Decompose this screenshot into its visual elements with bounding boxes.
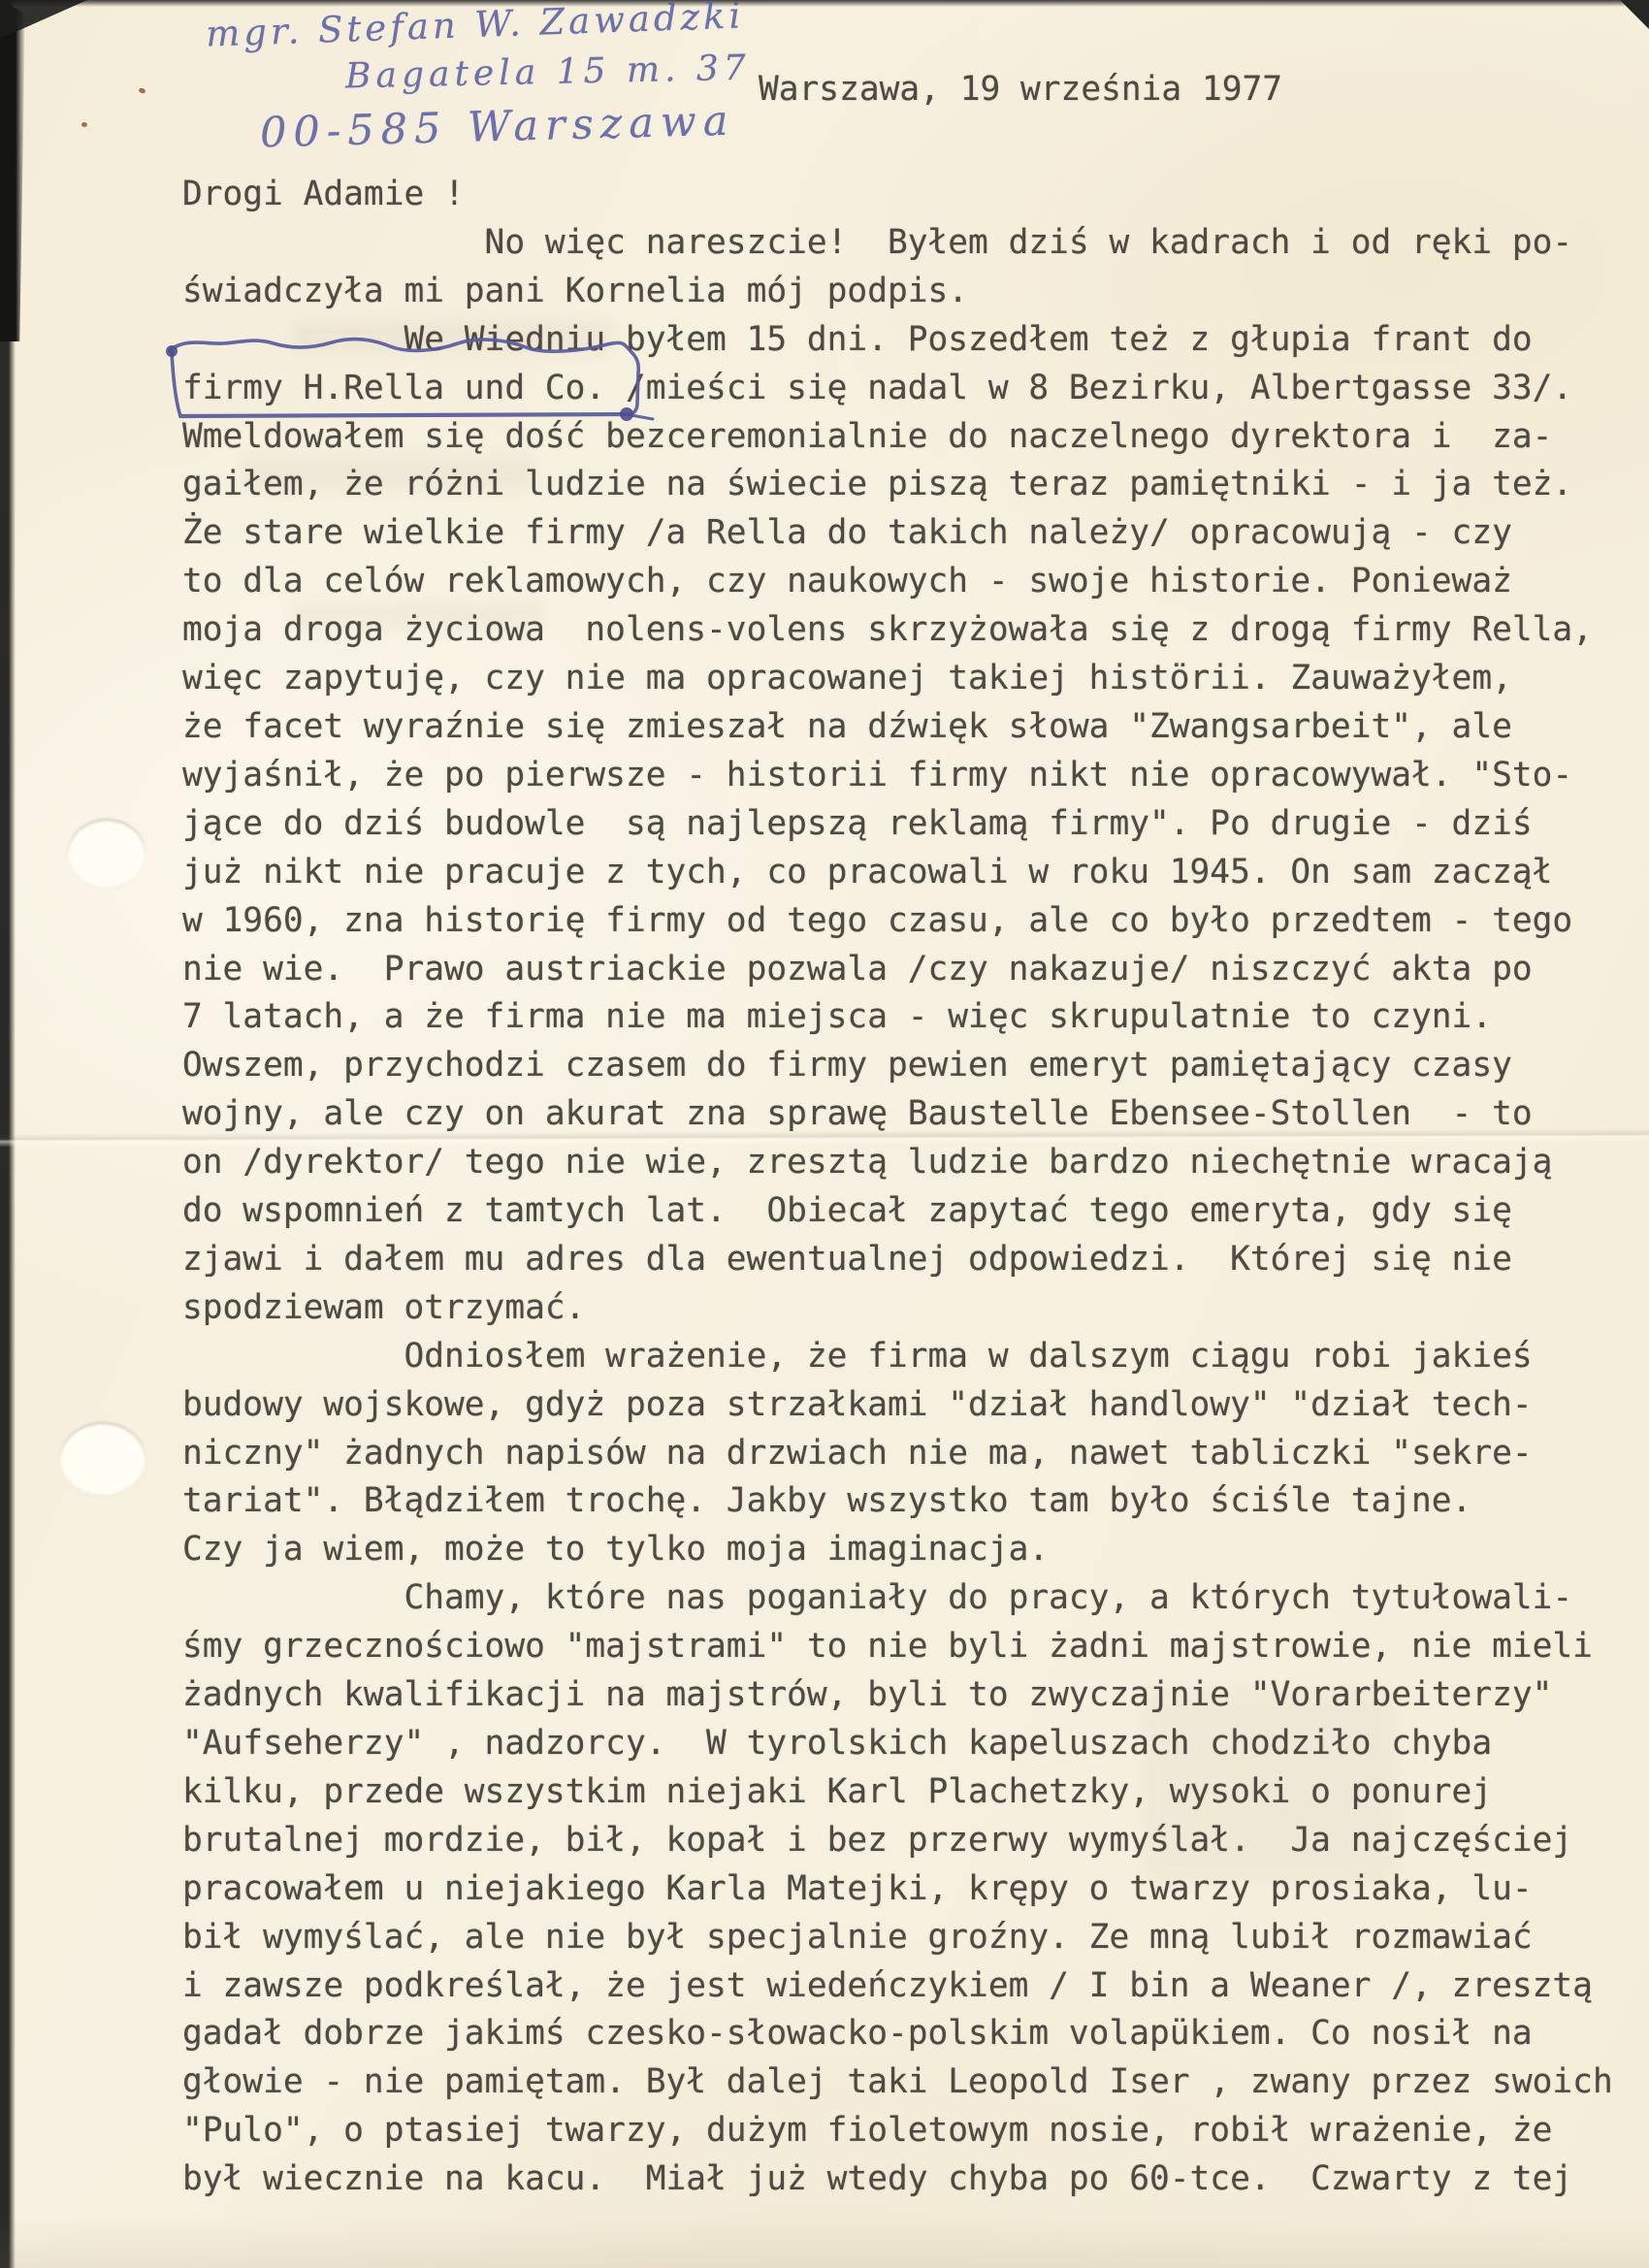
letter-line: Chamy, które nas poganiały do pracy, a k… [182, 1574, 1613, 1623]
dateline: Warszawa, 19 września 1977 [759, 66, 1282, 114]
letter-line: on /dyrektor/ tego nie wie, zresztą ludz… [182, 1139, 1613, 1187]
letter-line: wojny, ale czy on akurat zna sprawę Baus… [182, 1090, 1613, 1139]
bottom-scan-shade [0, 2218, 1649, 2268]
worn-corner-top-right [1484, 0, 1649, 126]
hole-punch-impression [60, 1422, 145, 1496]
letter-line: niczny" żadnych napisów na drzwiach nie … [182, 1430, 1613, 1478]
letter-line: moja droga życiowa nolens-volens skrzyżo… [182, 606, 1613, 655]
letter-line: nie wie. Prawo austriackie pozwala /czy … [182, 946, 1613, 994]
letter-line: śmy grzecznościowo "majstrami" to nie by… [182, 1623, 1613, 1671]
letter-line: kilku, przede wszystkim niejaki Karl Pla… [182, 1768, 1613, 1817]
letter-line: zjawi i dałem mu adres dla ewentualnej o… [182, 1236, 1613, 1284]
letter-line: Drogi Adamie ! [182, 171, 1613, 219]
letter-line: bił wymyślać, ale nie był specjalnie gro… [182, 1914, 1613, 1962]
hole-punch-impression [68, 819, 145, 889]
pen-box-annotation [145, 320, 689, 437]
letter-line: świadczyła mi pani Kornelia mój podpis. [182, 268, 1613, 316]
dark-corner-top-left [0, 0, 87, 39]
rust-speck [81, 122, 87, 127]
letter-line: Owszem, przychodzi czasem do firmy pewie… [182, 1042, 1613, 1090]
letter-line: "Aufseherzy" , nadzorcy. W tyrolskich ka… [182, 1720, 1613, 1768]
rust-speck [138, 87, 145, 94]
letter-line: 7 latach, a że firma nie ma miejsca - wi… [182, 993, 1613, 1042]
letter-line: gadał dobrze jakimś czesko-słowacko-pols… [182, 2010, 1613, 2058]
letter-line: że facet wyraźnie się zmieszał na dźwięk… [182, 703, 1613, 752]
letter-line: spodziewam otrzymać. [182, 1284, 1613, 1333]
letter-line: i zawsze podkreślał, że jest wiedeńczyki… [182, 1962, 1613, 2011]
scan-edge-left-top [0, 0, 25, 341]
letter-line: Że stare wielkie firmy /a Rella do takic… [182, 509, 1613, 558]
letter-line: więc zapytuję, czy nie ma opracowanej ta… [182, 655, 1613, 703]
letter-line: "Pulo", o ptasiej twarzy, dużym fioletow… [182, 2107, 1613, 2155]
letter-line: pracowałem u niejakiego Karla Matejki, k… [182, 1865, 1613, 1914]
letter-line: No więc nareszcie! Byłem dziś w kadrach … [182, 219, 1613, 268]
letter-line: żadnych kwalifikacji na majstrów, byli t… [182, 1671, 1613, 1720]
letter-line: Czy ja wiem, może to tylko moja imaginac… [182, 1526, 1613, 1574]
handwritten-sender-name: mgr. Stefan W. Zawadzki [205, 0, 745, 55]
scan-edge-top [0, 0, 1649, 7]
letter-line: był wiecznie na kacu. Miał już wtedy chy… [182, 2155, 1613, 2204]
letter-line: brutalnej mordzie, bił, kopał i bez prze… [182, 1817, 1613, 1865]
handwritten-city-address: 00-585 Warszawa [259, 97, 735, 158]
letter-line: budowy wojskowe, gdyż poza strzałkami "d… [182, 1381, 1613, 1430]
scanned-letter-page: mgr. Stefan W. Zawadzki Bagatela 15 m. 3… [0, 0, 1649, 2268]
letter-line: to dla celów reklamowych, czy naukowych … [182, 558, 1613, 606]
letter-line: w 1960, zna historię firmy od tego czasu… [182, 897, 1613, 946]
letter-line: już nikt nie pracuje z tych, co pracowal… [182, 849, 1613, 897]
letter-line: Odniosłem wrażenie, że firma w dalszym c… [182, 1333, 1613, 1381]
letter-line: jące do dziś budowle są najlepszą reklam… [182, 800, 1613, 849]
letter-line: wyjaśnił, że po pierwsze - historii firm… [182, 752, 1613, 800]
letter-line: gaiłem, że różni ludzie na świecie piszą… [182, 461, 1613, 509]
letter-line: głowie - nie pamiętam. Był dalej taki Le… [182, 2058, 1613, 2107]
letter-body: Drogi Adamie ! No więc nareszcie! Byłem … [182, 171, 1613, 2204]
letter-line: do wspomnień z tamtych lat. Obiecał zapy… [182, 1187, 1613, 1236]
letter-line: tariat". Błądziłem trochę. Jakby wszystk… [182, 1477, 1613, 1526]
handwritten-street-address: Bagatela 15 m. 37 [345, 49, 751, 97]
